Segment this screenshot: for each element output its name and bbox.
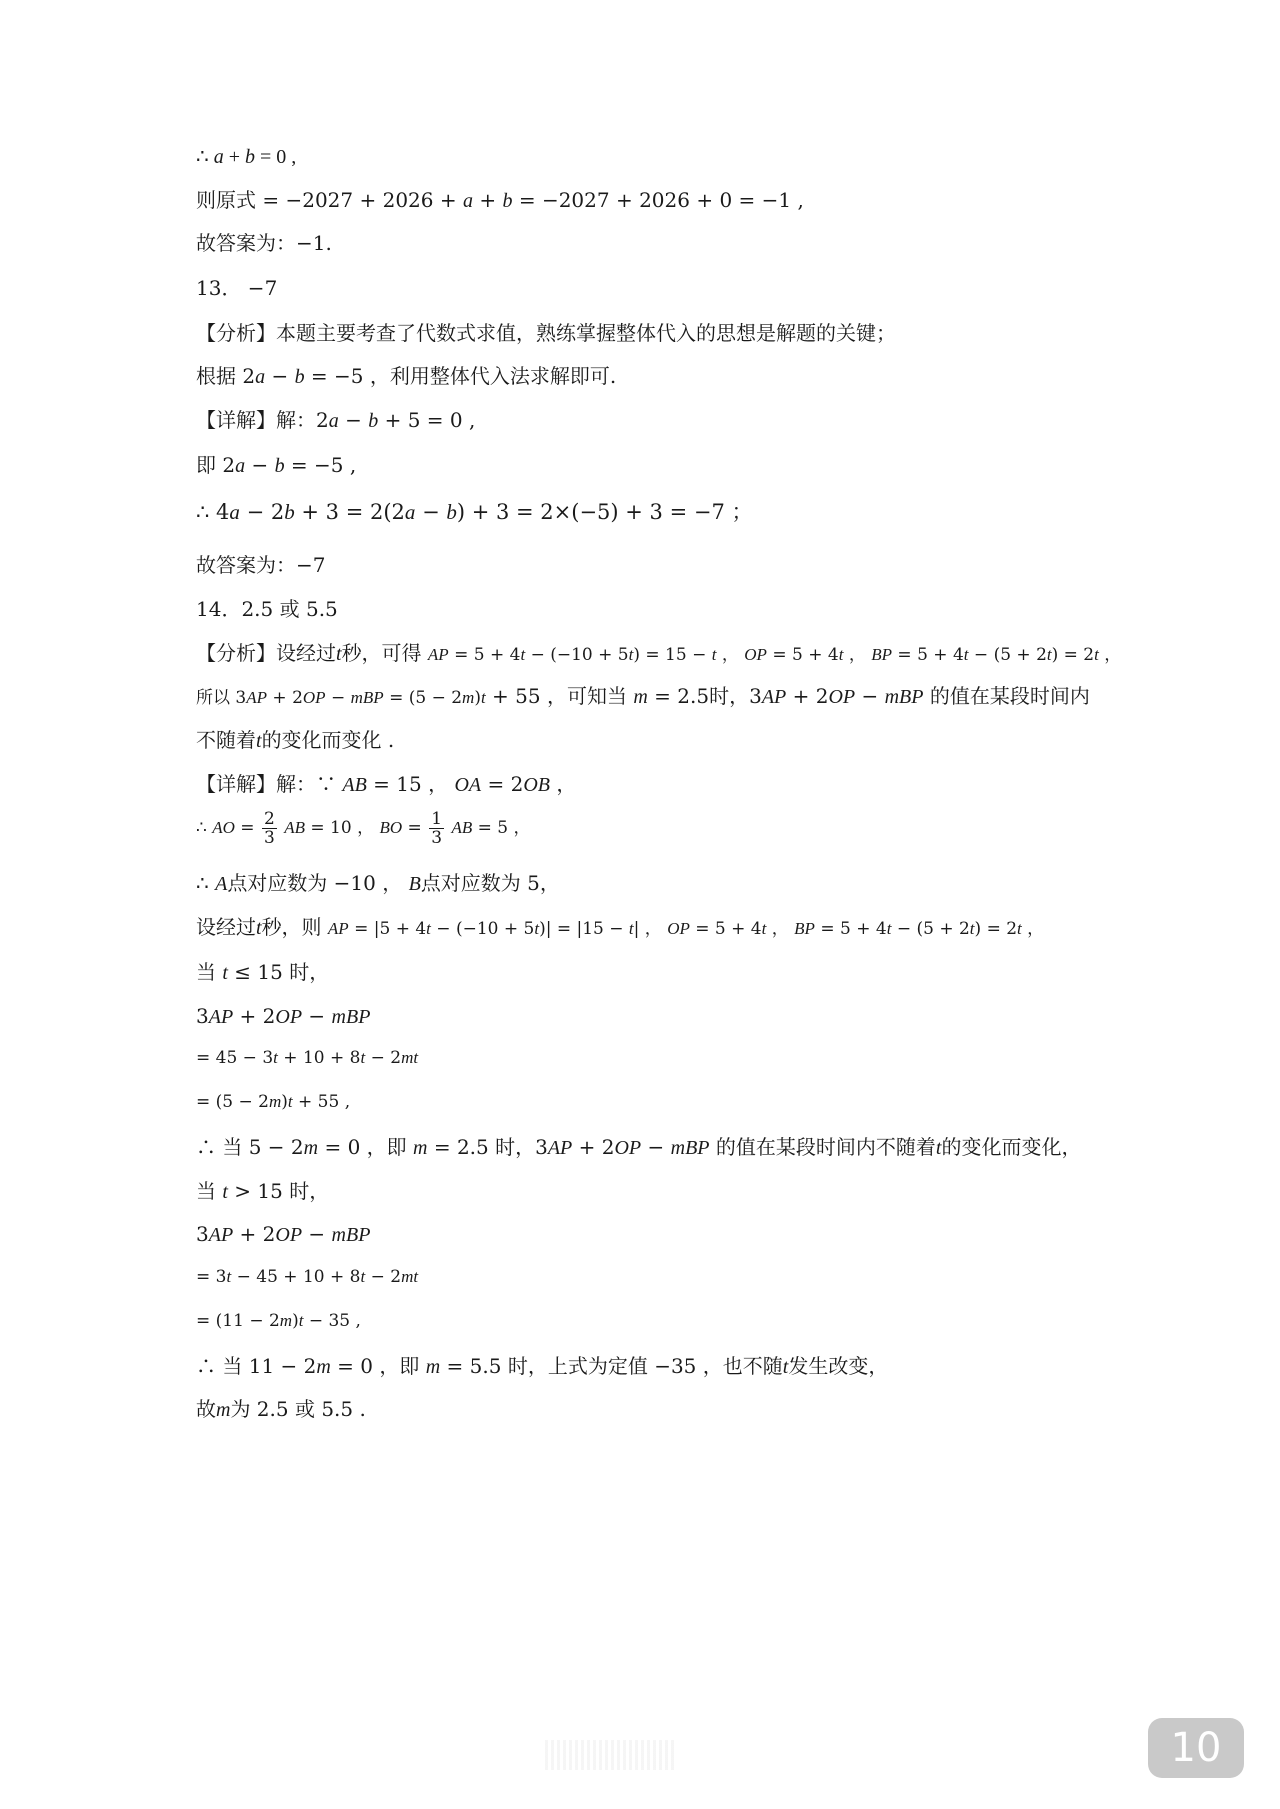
line-answer-12: 故答案为：−1.: [196, 229, 332, 257]
text: +: [473, 188, 502, 212]
var: a: [405, 500, 416, 524]
text: + 2: [572, 1135, 614, 1159]
text: ∴: [196, 818, 212, 838]
q14-distances: 设经过t秒，则 AP = |5 + 4t − (−10 + 5t)| = |15…: [196, 913, 1044, 943]
text: = (11 − 2: [196, 1311, 280, 1331]
text: = 5 + 4: [449, 645, 521, 665]
text: + 55 ，可知当: [486, 684, 634, 708]
case2-conclusion: ∴ 当 11 − 2m = 0 ，即 m = 5.5 时，上式为定值 −35 ，…: [196, 1352, 888, 1381]
var: OP: [614, 1137, 641, 1159]
text: > 15 时，: [228, 1179, 329, 1203]
text: 点对应数为 5，: [421, 871, 560, 895]
q13-solution-start: 【详解】解：2a − b + 5 = 0 ,: [196, 406, 475, 435]
text: −: [302, 1004, 331, 1028]
text: 14．2.5 或 5.5: [196, 597, 338, 621]
text: = 3: [196, 1267, 226, 1287]
text: 【分析】本题主要考查了代数式求值，熟练掌握整体代入的思想是解题的关键；: [196, 321, 896, 345]
text: 秒，则: [262, 915, 328, 939]
text: = |5 + 4: [349, 919, 426, 939]
faded-watermark: [545, 1740, 675, 1770]
question-13-heading: 13． −7: [196, 274, 277, 302]
text: 设经过: [196, 915, 256, 939]
var: AP: [246, 688, 267, 707]
text: ，: [766, 919, 794, 939]
q14-solution-start: 【详解】解：∵ AB = 15 ， OA = 2OB ，: [196, 770, 576, 799]
text: = (5 − 2: [196, 1092, 269, 1112]
var: BP: [871, 645, 892, 664]
var: AO: [212, 818, 235, 837]
text: 3: [196, 1004, 209, 1028]
text: ∴ 当 5 − 2: [196, 1135, 304, 1159]
text: =: [235, 818, 260, 838]
text: 3: [196, 1222, 209, 1246]
text: + 2: [786, 684, 828, 708]
q14-points-values: ∴ A点对应数为 −10 ， B点对应数为 5，: [196, 869, 560, 898]
line-original-expression: 则原式 = −2027 + 2026 + a + b = −2027 + 202…: [196, 186, 804, 215]
var: A: [215, 873, 227, 895]
text: 根据 2: [196, 364, 255, 388]
text: ∴: [196, 146, 214, 168]
q13-solution-step: 即 2a − b = −5 ,: [196, 451, 356, 480]
var: AP: [328, 919, 349, 938]
text: 【详解】解：2: [196, 408, 329, 432]
text: ) = 15 −: [633, 645, 711, 665]
text: −: [641, 1135, 670, 1159]
var: mBP: [332, 1224, 371, 1246]
var: AB: [284, 818, 305, 837]
text: − 45 + 10 + 8: [231, 1267, 360, 1287]
text: − (5 + 2: [969, 645, 1047, 665]
text: ∴ 4: [196, 500, 229, 524]
var: m: [316, 1356, 330, 1378]
text: = 5 + 4: [892, 645, 964, 665]
var: mBP: [885, 686, 924, 708]
text: − 2: [365, 1267, 401, 1287]
text: −: [245, 453, 274, 477]
text: 13． −7: [196, 276, 277, 300]
text: 故答案为：−7: [196, 553, 325, 577]
text: 的值在某段时间内: [924, 684, 1090, 708]
text: 不随着: [196, 728, 256, 752]
var: BO: [379, 818, 402, 837]
text: 秒，可得: [342, 641, 428, 665]
text: −: [302, 1222, 331, 1246]
var: mt: [401, 1048, 418, 1067]
var: m: [462, 688, 474, 707]
text: = 45 − 3: [196, 1048, 273, 1068]
text: 的变化而变化 .: [262, 728, 395, 752]
page-number-badge: 10: [1148, 1718, 1244, 1778]
text: − 2: [240, 500, 284, 524]
q14-fractions-line: ∴ AO = 23 AB = 10 ， BO = 13 AB = 5 ，: [196, 808, 531, 848]
expr-expand-1: = 45 − 3t + 10 + 8t − 2mt: [196, 1044, 418, 1072]
text: ) = 2: [1052, 645, 1095, 665]
q13-analysis: 【分析】本题主要考查了代数式求值，熟练掌握整体代入的思想是解题的关键；: [196, 319, 896, 347]
final-answer: 故m为 2.5 或 5.5 .: [196, 1395, 366, 1424]
text: )| = |15 −: [539, 919, 629, 939]
var: OA: [454, 774, 481, 796]
text: = 5.5 时，上式为定值 −35 ，也不随: [440, 1354, 783, 1378]
text: 则原式 = −2027 + 2026 +: [196, 188, 463, 212]
text: − (5 + 2: [891, 919, 969, 939]
text: + 10 + 8: [278, 1048, 361, 1068]
var: a: [463, 190, 473, 212]
text: = 2.5 时，3: [427, 1135, 547, 1159]
var: m: [413, 1137, 427, 1159]
var: OP: [667, 919, 690, 938]
var: mBP: [351, 688, 384, 707]
q14-analysis-cont: 所以 3AP + 2OP − mBP = (5 − 2m)t + 55 ，可知当…: [196, 682, 1090, 712]
text: 当: [196, 960, 222, 984]
text: 即 2: [196, 453, 235, 477]
var: OP: [275, 1224, 302, 1246]
var: b: [295, 366, 305, 388]
case-t-gt-15: 当 t > 15 时，: [196, 1177, 329, 1206]
text: = 5 + 4: [815, 919, 887, 939]
q14-analysis-end: 不随着t的变化而变化 .: [196, 726, 394, 755]
var: AP: [209, 1224, 233, 1246]
var: b: [368, 410, 378, 432]
text: = 5 + 4: [690, 919, 762, 939]
var: OP: [828, 686, 855, 708]
var: a: [229, 500, 240, 524]
text: ，: [1022, 919, 1044, 939]
var: a: [214, 146, 224, 168]
text: −: [855, 684, 884, 708]
page-number: 10: [1171, 1725, 1222, 1771]
var: b: [502, 190, 512, 212]
text: 当: [196, 1179, 222, 1203]
text: ，: [843, 645, 871, 665]
text: −: [326, 688, 351, 708]
text: 故: [196, 1397, 216, 1421]
q14-analysis: 【分析】设经过t秒，可得 AP = 5 + 4t − (−10 + 5t) = …: [196, 639, 1121, 669]
expr-3ap-2op-mbp-2: 3AP + 2OP − mBP: [196, 1220, 370, 1249]
text: − 2: [365, 1048, 401, 1068]
numerator: 1: [429, 810, 444, 829]
text: + 2: [233, 1004, 275, 1028]
var: m: [304, 1137, 318, 1159]
text: 的变化而变化，: [941, 1135, 1081, 1159]
text: = −5 ，利用整体代入法求解即可.: [305, 364, 617, 388]
denominator: 3: [262, 829, 277, 847]
var: m: [269, 1092, 281, 1111]
text: + 2: [233, 1222, 275, 1246]
fraction-two-thirds: 23: [262, 810, 277, 847]
text: = (5 − 2: [384, 688, 462, 708]
line-answer-13: 故答案为：−7: [196, 551, 325, 579]
text: = 5 + 4: [767, 645, 839, 665]
text: | ，: [634, 919, 668, 939]
text: ≤ 15 时，: [228, 960, 329, 984]
text: 为 2.5 或 5.5 .: [230, 1397, 365, 1421]
case-t-le-15: 当 t ≤ 15 时，: [196, 958, 329, 987]
var: m: [216, 1399, 230, 1421]
text: ): [292, 1311, 299, 1331]
var: m: [426, 1356, 440, 1378]
text: = 2: [481, 772, 523, 796]
text: − (−10 + 5: [431, 919, 534, 939]
text: − (−10 + 5: [525, 645, 628, 665]
var: AB: [342, 774, 366, 796]
var: mBP: [671, 1137, 710, 1159]
text: 【分析】设经过: [196, 641, 336, 665]
document-page: ∴ a + b = 0 , 则原式 = −2027 + 2026 + a + b…: [0, 0, 1280, 1809]
text: 发生改变，: [788, 1354, 888, 1378]
text: 点对应数为 −10 ，: [227, 871, 408, 895]
text: = 15 ，: [367, 772, 455, 796]
text: = −5 ,: [285, 453, 357, 477]
var: AP: [209, 1006, 233, 1028]
text: − 35 ,: [303, 1311, 361, 1331]
fraction-one-third: 13: [429, 810, 444, 847]
text: ∴ 当 11 − 2: [196, 1354, 316, 1378]
var: B: [409, 873, 421, 895]
text: ) = 2: [975, 919, 1018, 939]
text: = 0 ,: [255, 146, 296, 168]
var: m: [633, 686, 647, 708]
var: AP: [428, 645, 449, 664]
text: ): [474, 688, 481, 708]
var: a: [255, 366, 265, 388]
var: mt: [401, 1267, 418, 1286]
denominator: 3: [429, 829, 444, 847]
text: −: [339, 408, 368, 432]
var: AP: [762, 686, 786, 708]
var: OP: [275, 1006, 302, 1028]
var: m: [280, 1311, 292, 1330]
text: 故答案为：−1.: [196, 231, 332, 255]
var: b: [275, 455, 285, 477]
text: = 2.5时，3: [648, 684, 762, 708]
expr-expand-2: = 3t − 45 + 10 + 8t − 2mt: [196, 1263, 418, 1291]
text: 的值在某段时间内不随着: [710, 1135, 936, 1159]
var: b: [446, 500, 457, 524]
var: a: [329, 410, 339, 432]
line-therefore-a-plus-b: ∴ a + b = 0 ,: [196, 142, 296, 171]
text: ∴: [196, 871, 215, 895]
var: mBP: [332, 1006, 371, 1028]
text: = 0 ，即: [331, 1354, 426, 1378]
numerator: 2: [262, 810, 277, 829]
text: + 55 ,: [293, 1092, 351, 1112]
var: b: [245, 146, 255, 168]
var: OP: [303, 688, 326, 707]
text: 所以 3: [196, 688, 246, 708]
case1-conclusion: ∴ 当 5 − 2m = 0 ，即 m = 2.5 时，3AP + 2OP − …: [196, 1133, 1081, 1162]
text: = 0 ，即: [318, 1135, 413, 1159]
q13-solution-compute: ∴ 4a − 2b + 3 = 2(2a − b) + 3 = 2×(−5) +…: [196, 498, 752, 526]
text: ，: [550, 772, 576, 796]
text: + 5 = 0 ,: [378, 408, 475, 432]
text: −: [265, 364, 294, 388]
text: + 2: [267, 688, 303, 708]
text: ，: [716, 645, 744, 665]
var: BP: [794, 919, 815, 938]
text: = −2027 + 2026 + 0 = −1 ,: [512, 188, 803, 212]
var: AB: [451, 818, 472, 837]
q13-analysis-method: 根据 2a − b = −5 ，利用整体代入法求解即可.: [196, 362, 616, 391]
text: + 3 = 2(2: [295, 500, 405, 524]
var: b: [284, 500, 295, 524]
question-14-heading: 14．2.5 或 5.5: [196, 595, 338, 623]
text: = 5 ，: [472, 818, 530, 838]
text: 【详解】解：∵: [196, 772, 342, 796]
text: −: [415, 500, 446, 524]
var: a: [235, 455, 245, 477]
var: OP: [744, 645, 767, 664]
var: AP: [548, 1137, 572, 1159]
text: = 10 ，: [305, 818, 380, 838]
text: +: [224, 146, 245, 168]
text: ): [281, 1092, 288, 1112]
expr-3ap-2op-mbp-1: 3AP + 2OP − mBP: [196, 1002, 370, 1031]
var: OB: [523, 774, 550, 796]
expr-simplify-1: = (5 − 2m)t + 55 ,: [196, 1088, 350, 1116]
text: ) + 3 = 2×(−5) + 3 = −7 ；: [457, 500, 753, 524]
expr-simplify-2: = (11 − 2m)t − 35 ,: [196, 1307, 361, 1335]
text: =: [402, 818, 427, 838]
text: ，: [1099, 645, 1121, 665]
